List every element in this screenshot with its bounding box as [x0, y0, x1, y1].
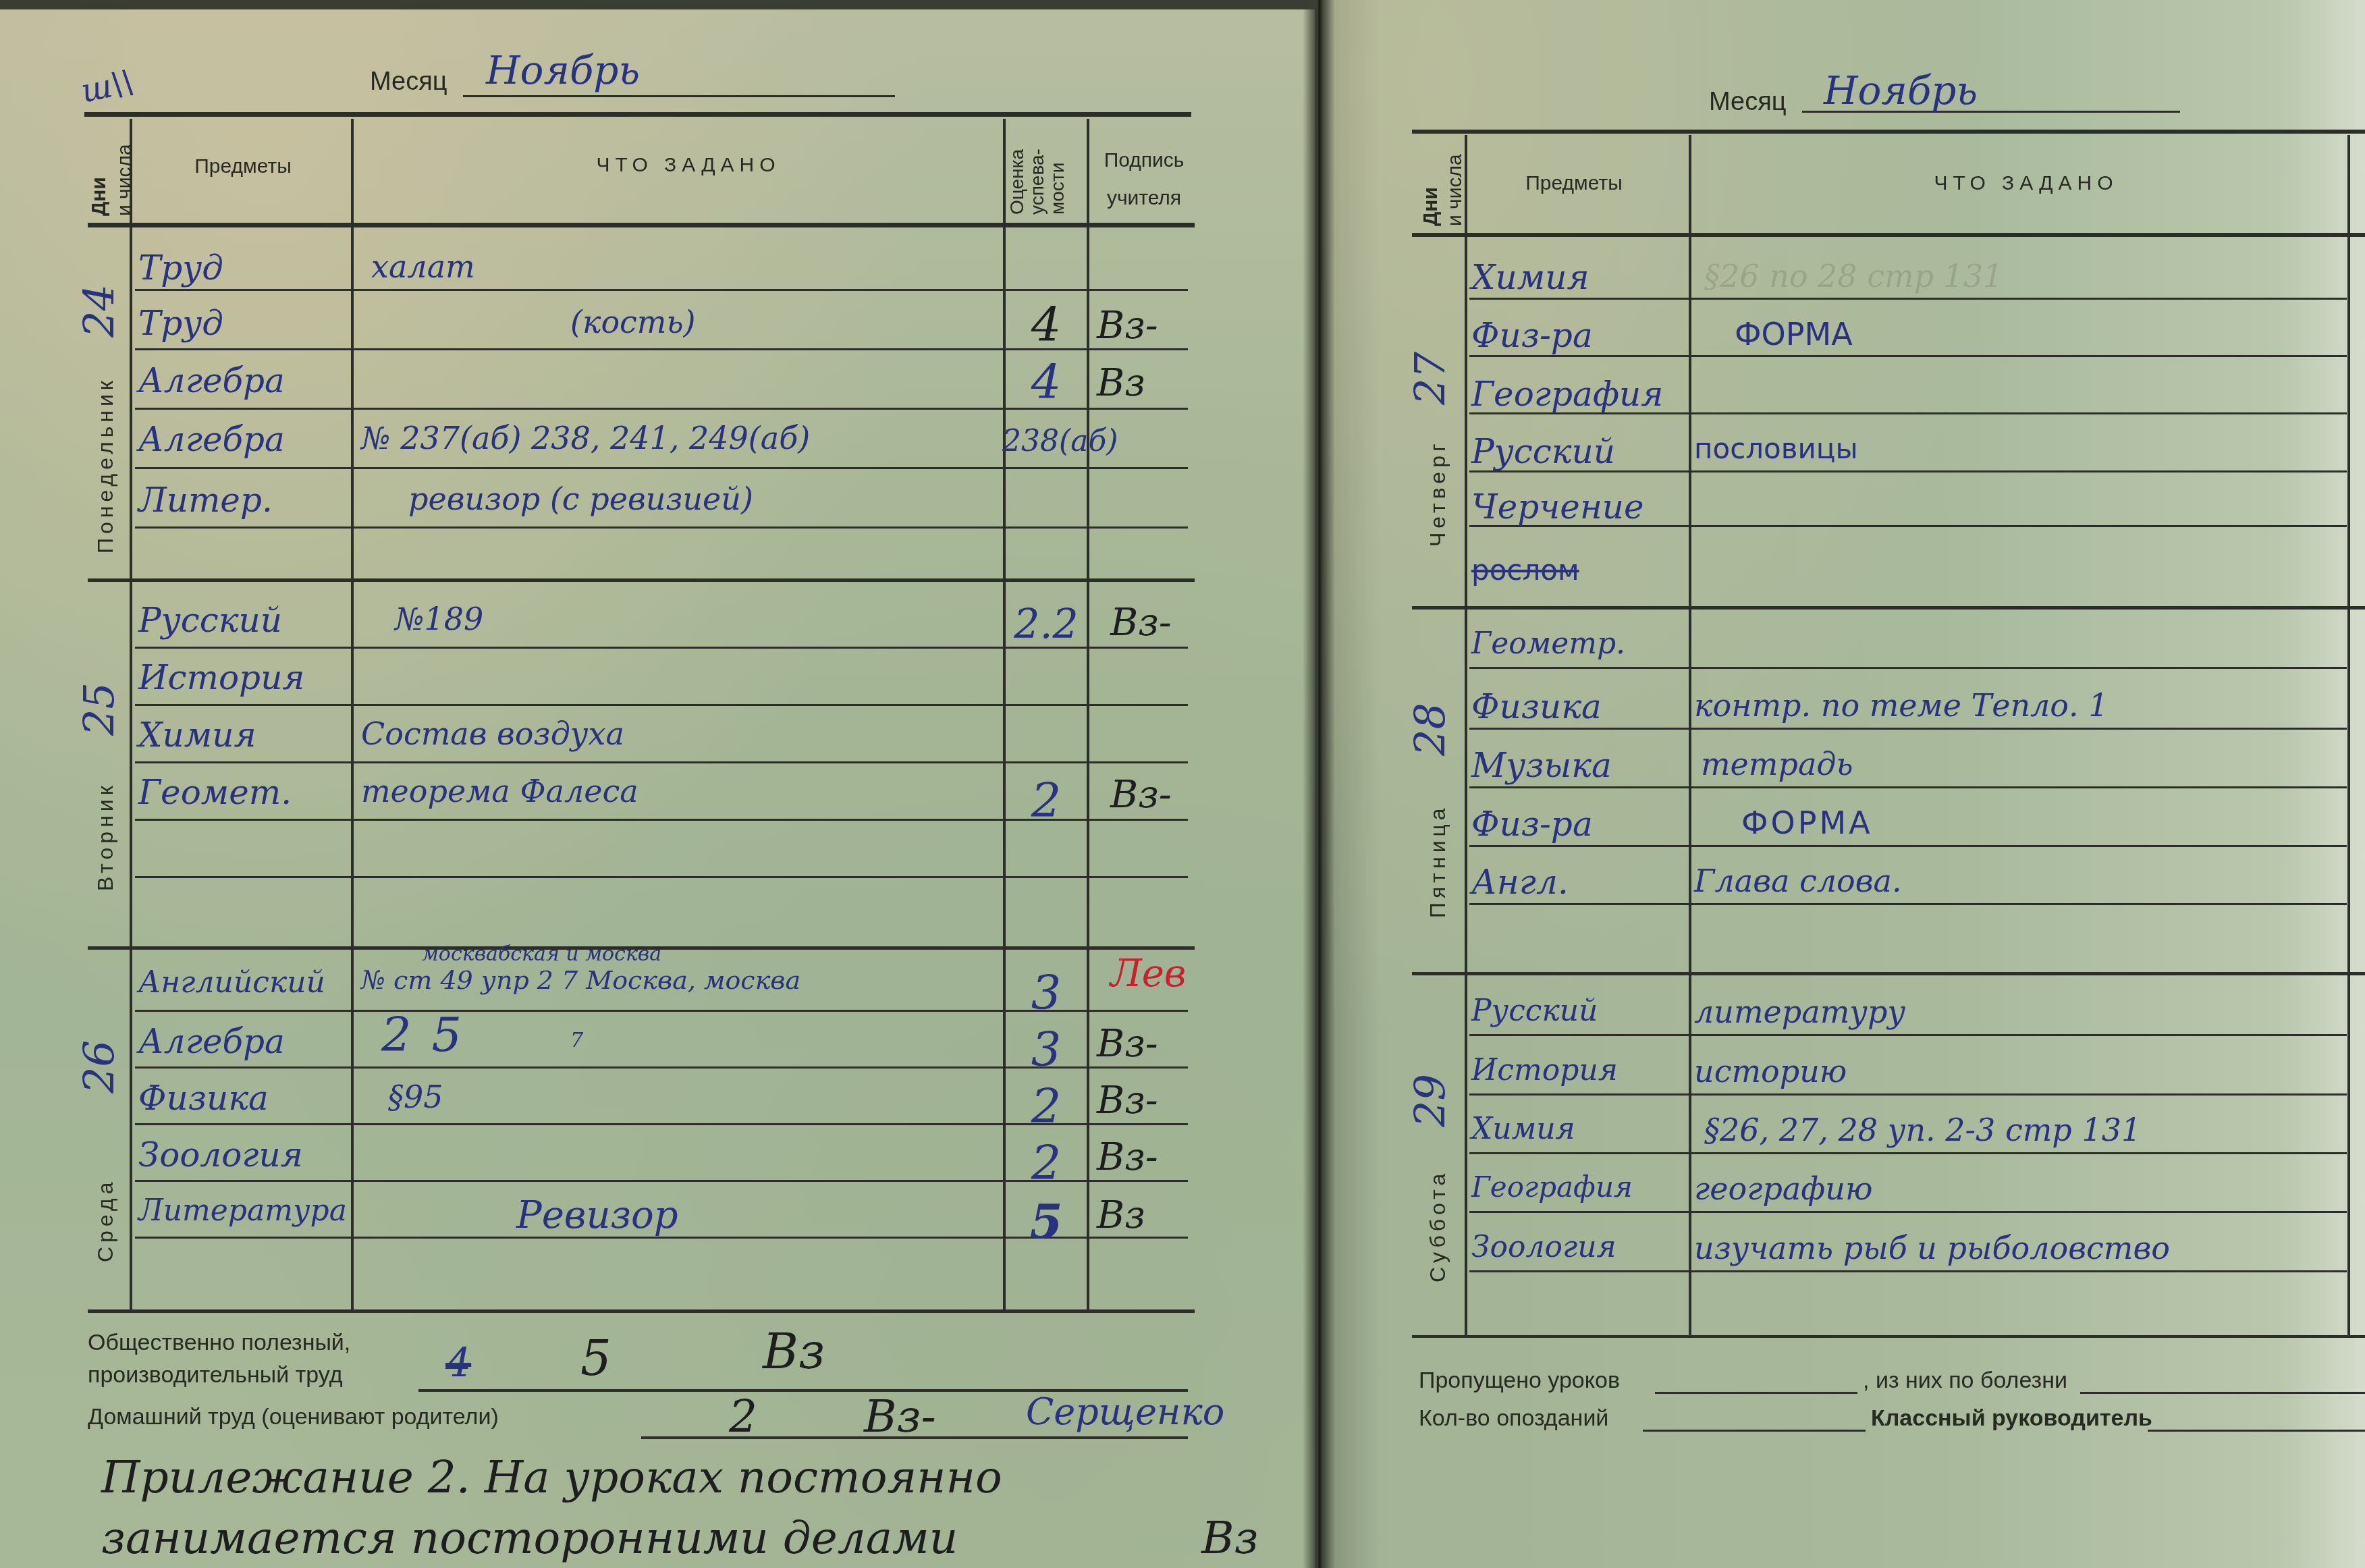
lesson-row: Музыка тетрадь [1471, 746, 2349, 784]
lesson-row: рослом [1471, 553, 2349, 591]
teacher-signature: Вз- [1097, 304, 1158, 348]
subject: Английский [138, 965, 325, 1000]
subject: Труд [138, 304, 223, 343]
row-rule [135, 704, 1188, 706]
assignment: §95 [388, 1079, 443, 1115]
subject: Литература [138, 1193, 347, 1228]
subject: Литер. [138, 481, 273, 520]
row-rule [1469, 298, 2347, 300]
grade: 4 [1016, 354, 1077, 410]
weekday-tuesday: Вторник [93, 782, 118, 891]
date-thursday: 27 [1405, 352, 1455, 405]
lesson-row: Физ-ра ФОРМА [1471, 316, 2349, 354]
subject: Алгебра [138, 1022, 285, 1061]
header-assigned: ЧТО ЗАДАНО [540, 154, 837, 177]
assignment: № 237(аб) 238, 241, 249(аб) [361, 420, 810, 456]
subject: Русский [1471, 994, 1598, 1028]
lesson-row: Физика §95 2 Вз- [138, 1079, 1191, 1116]
subject: География [1471, 1170, 1633, 1204]
teacher-signature: Вз- [1097, 1022, 1158, 1066]
table-top-rule [1412, 130, 2365, 134]
late-count-label: Кол-во опозданий [1419, 1405, 1608, 1432]
table-top-rule [84, 112, 1191, 117]
assignment: контр. по теме Тепло. 1 [1694, 687, 2109, 724]
lesson-row: Геометр. [1471, 626, 2349, 664]
row-rule [1469, 1270, 2347, 1272]
header-days: Дни и числа [86, 144, 138, 216]
grade: 5 [1016, 1193, 1077, 1249]
row-rule [1469, 1211, 2347, 1213]
column-divider [1689, 135, 1691, 1335]
lesson-row: Химия §26 по 28 стр 131 [1471, 258, 2349, 296]
assignment: Глава слова. [1694, 863, 1902, 899]
date-saturday: 29 [1405, 1074, 1455, 1127]
assignment: Ревизор [516, 1193, 678, 1237]
subject: Зоология [1471, 1230, 1616, 1264]
row-rule [1469, 355, 2347, 357]
day-separator [1412, 606, 2365, 610]
assignment-note: москвабская и москва [422, 942, 661, 966]
day-separator [1412, 972, 2365, 975]
grade: 3 [1016, 965, 1077, 1021]
teacher-signature: Вз- [1097, 1079, 1158, 1123]
row-rule [1469, 845, 2347, 847]
assignment: ревизор (с ревизией) [408, 481, 753, 517]
row-rule [135, 876, 1188, 878]
column-divider [2347, 135, 2350, 1335]
lesson-row: Русский пословицы [1471, 432, 2349, 470]
header-days: Дни и числа [1419, 154, 1467, 226]
row-rule [1469, 903, 2347, 905]
lesson-row: Труд (кость) 4 Вз- [138, 304, 1191, 342]
row-rule [135, 526, 1188, 529]
subject: История [1471, 1053, 1618, 1087]
column-divider [351, 119, 354, 1309]
assignment: №189 [395, 601, 483, 637]
social-work-signature: Вз [763, 1323, 825, 1380]
column-divider [1087, 119, 1089, 1309]
column-divider [1465, 135, 1467, 1335]
header-subjects: Предметы [1486, 172, 1662, 195]
assignment: № ст 49 упр 2 7 Москва, москва [361, 965, 800, 995]
month-value: Ноябрь [1824, 67, 1978, 113]
assignment: пословицы [1694, 432, 1858, 465]
social-work-grade: 5 [580, 1330, 611, 1386]
row-rule [135, 467, 1188, 469]
subject: Алгебра [138, 420, 285, 459]
class-teacher-line [2148, 1430, 2365, 1432]
home-work-label: Домашний труд (оценивают родители) [88, 1404, 499, 1430]
subject-struck: рослом [1471, 553, 1579, 587]
month-underline [463, 95, 895, 97]
header-bottom-rule [88, 223, 1195, 227]
lesson-row: Труд халат [138, 248, 1191, 286]
lesson-row: География географию [1471, 1170, 2349, 1208]
lesson-row: Русский литературу [1471, 994, 2349, 1031]
subject: История [138, 658, 304, 697]
lesson-row: Алгебра 25 7 3 Вз- [138, 1022, 1191, 1060]
header-signature: Подпись учителя [1093, 142, 1195, 217]
lesson-row: Физика контр. по теме Тепло. 1 [1471, 687, 2349, 725]
row-rule [1469, 786, 2347, 788]
teacher-signature: Вз- [1110, 601, 1172, 645]
day-separator [88, 578, 1195, 582]
missed-sick-line [2080, 1392, 2365, 1394]
grade: 2 [1016, 773, 1077, 828]
late-count-line [1643, 1430, 1866, 1432]
assignment: халат [371, 248, 475, 285]
column-divider [1003, 119, 1006, 1309]
assignment: 25 [381, 1007, 482, 1062]
subject: Русский [138, 601, 282, 640]
subject: Физ-ра [1471, 316, 1593, 355]
assignment-note: 7 [570, 1029, 583, 1052]
subject: Англ. [1471, 863, 1569, 902]
grade: 2 [1016, 1135, 1077, 1191]
month-value: Ноябрь [486, 47, 640, 93]
lesson-row: Английский москвабская и москва № ст 49 … [138, 965, 1191, 1003]
lesson-row: Черчение [1471, 487, 2349, 525]
lesson-row: Литер. ревизор (с ревизией) [138, 481, 1191, 518]
missed-lessons-line [1655, 1392, 1857, 1394]
header-grade: Оценка успева- мости [1007, 148, 1068, 215]
subject: Геометр. [1471, 626, 1625, 661]
subject: Физика [1471, 687, 1602, 726]
lesson-row: Зоология 2 Вз- [138, 1135, 1191, 1173]
social-work-grade-struck: 4 [445, 1340, 471, 1387]
row-rule [1469, 1093, 2347, 1096]
grade: 3 [1016, 1022, 1077, 1077]
assignment: литературу [1694, 994, 1905, 1030]
assignment: (кость) [570, 304, 695, 340]
table-bottom-rule [88, 1309, 1195, 1313]
month-label: Месяц [1709, 88, 1787, 117]
lesson-row: История историю [1471, 1053, 2349, 1091]
teacher-signature: Вз [1097, 1193, 1145, 1237]
grade: 238(аб) [1002, 424, 1137, 458]
row-rule [135, 289, 1188, 291]
subject: Химия [1471, 258, 1589, 297]
assignment: географию [1694, 1170, 1872, 1207]
month-label: Месяц [370, 67, 447, 97]
book-spine [1303, 0, 1335, 1568]
date-wednesday: 26 [74, 1040, 124, 1093]
corner-mark: ш\\ [78, 63, 137, 111]
assignment: §26, 27, 28 уп. 2-3 стр 131 [1704, 1112, 2141, 1148]
header-assigned: ЧТО ЗАДАНО [1878, 172, 2175, 195]
weekday-friday: Пятница [1425, 804, 1450, 918]
assignment: историю [1694, 1053, 1847, 1089]
grade: 2 [1016, 1079, 1077, 1134]
lesson-row: Алгебра № 237(аб) 238, 241, 249(аб) 238(… [138, 420, 1191, 458]
lesson-row: Физ-ра ФОРМА [1471, 805, 2349, 842]
weekday-monday: Понедельник [93, 377, 118, 553]
subject: Музыка [1471, 746, 1612, 785]
lesson-row: Англ. Глава слова. [1471, 863, 2349, 900]
grade: 4 [1016, 297, 1077, 352]
weekday-thursday: Четверг [1425, 439, 1450, 547]
date-monday: 24 [74, 284, 124, 337]
lesson-row: Литература Ревизор 5 Вз [138, 1193, 1191, 1231]
page-edge-shadow [0, 0, 1315, 9]
subject: Химия [138, 715, 256, 755]
lesson-row: Химия Состав воздуха [138, 715, 1191, 753]
lesson-row: История [138, 658, 1191, 696]
class-teacher-label: Классный руководитель [1871, 1405, 2152, 1432]
subject: Русский [1471, 432, 1615, 471]
weekday-wednesday: Среда [93, 1179, 118, 1262]
date-friday: 28 [1405, 703, 1455, 756]
subject: География [1471, 375, 1663, 414]
missed-lessons-label: Пропущено уроков [1419, 1368, 1620, 1394]
row-rule [135, 761, 1188, 763]
parent-name: Серщенко [1026, 1390, 1224, 1433]
assignment: тетрадь [1701, 746, 1853, 782]
row-rule [1469, 667, 2347, 669]
teacher-remark-line-2: занимается посторонними делами [101, 1512, 958, 1564]
column-divider [130, 119, 132, 1309]
assignment: теорема Фалеса [361, 773, 638, 809]
missed-sick-label: , из них по болезни [1863, 1368, 2067, 1394]
grade: 2.2 [1006, 601, 1087, 648]
lesson-row: Алгебра 4 Вз [138, 361, 1191, 399]
teacher-signature: Вз [1097, 361, 1145, 405]
subject: Зоология [138, 1135, 303, 1174]
lesson-row: Русский №189 2.2 Вз- [138, 601, 1191, 639]
weekday-saturday: Суббота [1425, 1170, 1450, 1282]
row-rule [1469, 1152, 2347, 1154]
lesson-row: Химия §26, 27, 28 уп. 2-3 стр 131 [1471, 1112, 2349, 1150]
home-work-signature: Вз- [864, 1390, 936, 1442]
teacher-signature: Вз- [1110, 773, 1172, 817]
subject: Геомет. [138, 773, 292, 812]
row-rule [1469, 1034, 2347, 1036]
assignment: ФОРМА [1735, 316, 1853, 352]
home-work-grade: 2 [729, 1390, 757, 1442]
table-bottom-rule [1412, 1335, 2365, 1338]
subject: Черчение [1471, 487, 1644, 526]
row-rule [1469, 728, 2347, 730]
left-diary-page: ш\\ Месяц Ноябрь Дни и числа Предметы ЧТ… [0, 0, 1315, 1568]
subject: Химия [1471, 1112, 1575, 1146]
subject: Труд [138, 248, 223, 288]
date-tuesday: 25 [74, 682, 124, 736]
subject: Физика [138, 1079, 269, 1118]
lesson-row: География [1471, 375, 2349, 412]
assignment-faded: §26 по 28 стр 131 [1704, 258, 2003, 294]
teacher-remark-signature: Вз [1201, 1512, 1259, 1564]
right-diary-page: Месяц Ноябрь Дни и числа Предметы ЧТО ЗА… [1317, 0, 2365, 1568]
teacher-signature: Лев [1110, 952, 1186, 996]
teacher-remark-line-1: Прилежание 2. На уроках постоянно [101, 1451, 1002, 1503]
assignment: Состав воздуха [361, 715, 624, 752]
assignment: изучать рыб и рыболовство [1694, 1230, 2170, 1266]
teacher-signature: Вз- [1097, 1135, 1158, 1179]
social-work-label: Общественно полезный, производительный т… [88, 1326, 350, 1391]
header-subjects: Предметы [155, 155, 331, 178]
assignment: ФОРМА [1741, 805, 1873, 841]
subject: Алгебра [138, 361, 285, 400]
subject: Физ-ра [1471, 805, 1593, 844]
lesson-row: Зоология изучать рыб и рыболовство [1471, 1230, 2349, 1268]
lesson-row: Геомет. теорема Фалеса 2 Вз- [138, 773, 1191, 811]
header-bottom-rule [1412, 233, 2365, 237]
